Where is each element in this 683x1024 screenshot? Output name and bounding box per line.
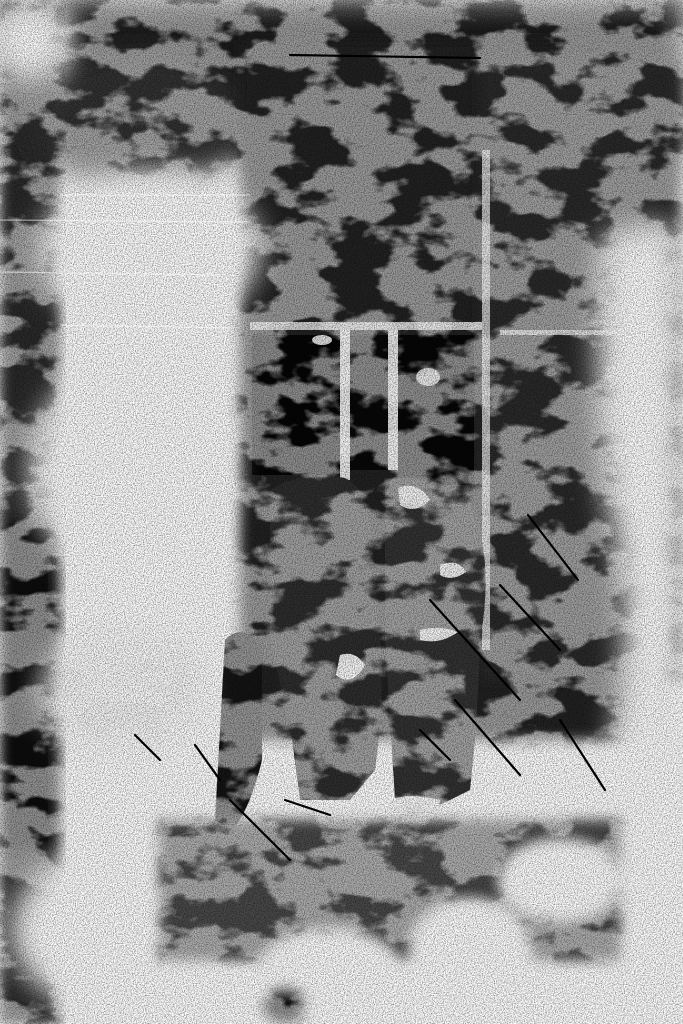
film-grain bbox=[0, 0, 683, 1024]
photo-canvas bbox=[0, 0, 683, 1024]
photograph bbox=[0, 0, 683, 1024]
